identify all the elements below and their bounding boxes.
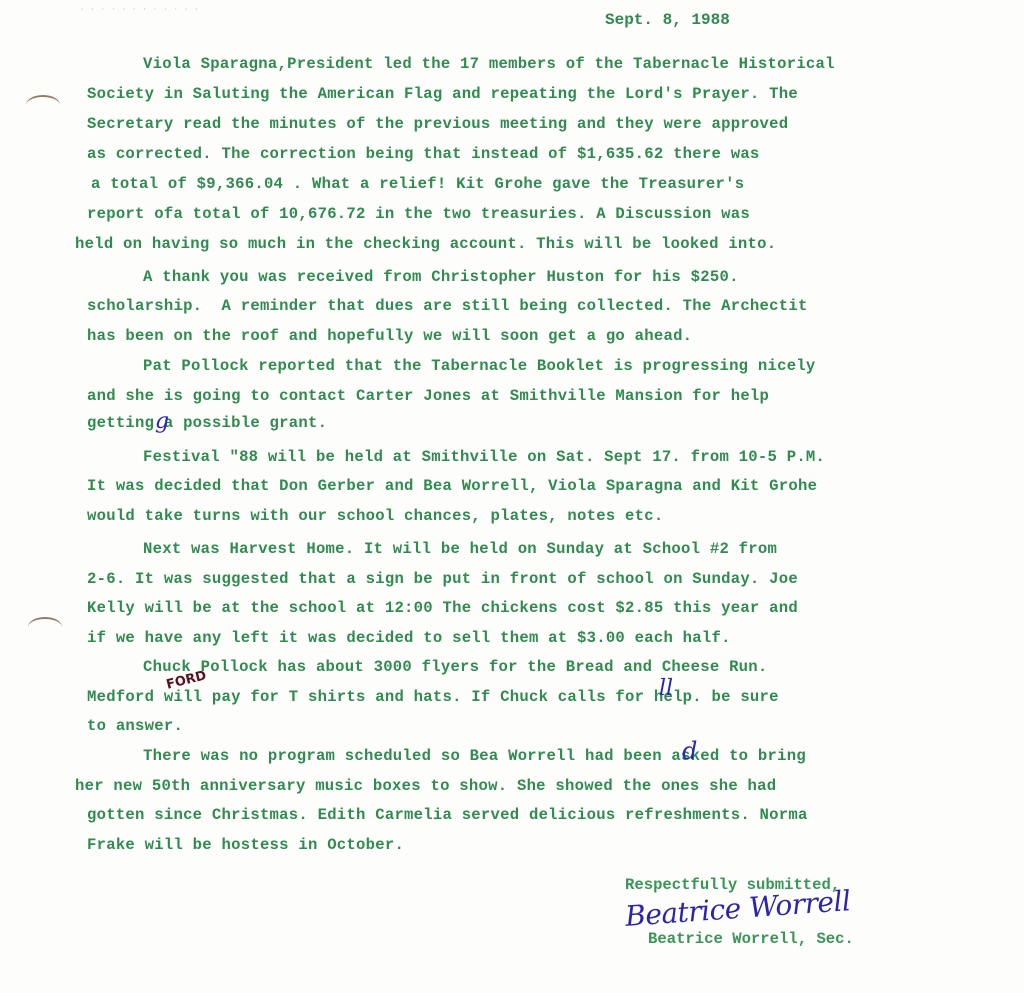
- minutes-line: scholarship. A reminder that dues are st…: [87, 297, 808, 315]
- annotation-ll: ll: [659, 676, 673, 701]
- minutes-line: Frake will be hostess in October.: [87, 836, 404, 854]
- minutes-line: Pat Pollock reported that the Tabernacle…: [143, 357, 816, 375]
- minutes-line: Festival "88 will be held at Smithville …: [143, 448, 825, 466]
- punch-hole-mark-top: [26, 95, 60, 115]
- minutes-line: getting a possible grant.: [87, 414, 327, 432]
- scanned-document-page: · · · · · · · · · · · · Sept. 8, 1988 Vi…: [0, 0, 1024, 993]
- minutes-line: gotten since Christmas. Edith Carmelia s…: [87, 806, 808, 824]
- faded-header-marks: · · · · · · · · · · · ·: [80, 6, 200, 14]
- minutes-line: held on having so much in the checking a…: [75, 235, 776, 253]
- minutes-line: Next was Harvest Home. It will be held o…: [143, 540, 777, 558]
- minutes-line: would take turns with our school chances…: [87, 507, 663, 525]
- minutes-line: It was decided that Don Gerber and Bea W…: [87, 477, 817, 495]
- minutes-line: has been on the roof and hopefully we wi…: [87, 327, 692, 345]
- minutes-line: Society in Saluting the American Flag an…: [87, 85, 798, 103]
- minutes-line: A thank you was received from Christophe…: [143, 268, 739, 286]
- minutes-line: report ofa total of 10,676.72 in the two…: [87, 205, 750, 223]
- annotation-g: g: [155, 409, 169, 434]
- minutes-line: if we have any left it was decided to se…: [87, 629, 731, 647]
- minutes-line: and she is going to contact Carter Jones…: [87, 387, 769, 405]
- meeting-date: Sept. 8, 1988: [605, 11, 730, 29]
- minutes-line: her new 50th anniversary music boxes to …: [75, 777, 776, 795]
- minutes-line: to answer.: [87, 717, 183, 735]
- typed-signature: Beatrice Worrell, Sec.: [648, 930, 854, 948]
- minutes-line: a total of $9,366.04 . What a relief! Ki…: [91, 175, 744, 193]
- minutes-line: Secretary read the minutes of the previo…: [87, 115, 788, 133]
- minutes-line: There was no program scheduled so Bea Wo…: [143, 747, 806, 765]
- annotation-d: d: [682, 737, 697, 765]
- minutes-line: as corrected. The correction being that …: [87, 145, 760, 163]
- minutes-line: 2-6. It was suggested that a sign be put…: [87, 570, 798, 588]
- minutes-line: Medford will pay for T shirts and hats. …: [87, 688, 779, 706]
- minutes-line: Viola Sparagna,President led the 17 memb…: [143, 55, 835, 73]
- punch-hole-mark-bottom: [28, 617, 62, 637]
- minutes-line: Chuck Pollock has about 3000 flyers for …: [143, 658, 768, 676]
- minutes-line: Kelly will be at the school at 12:00 The…: [87, 599, 798, 617]
